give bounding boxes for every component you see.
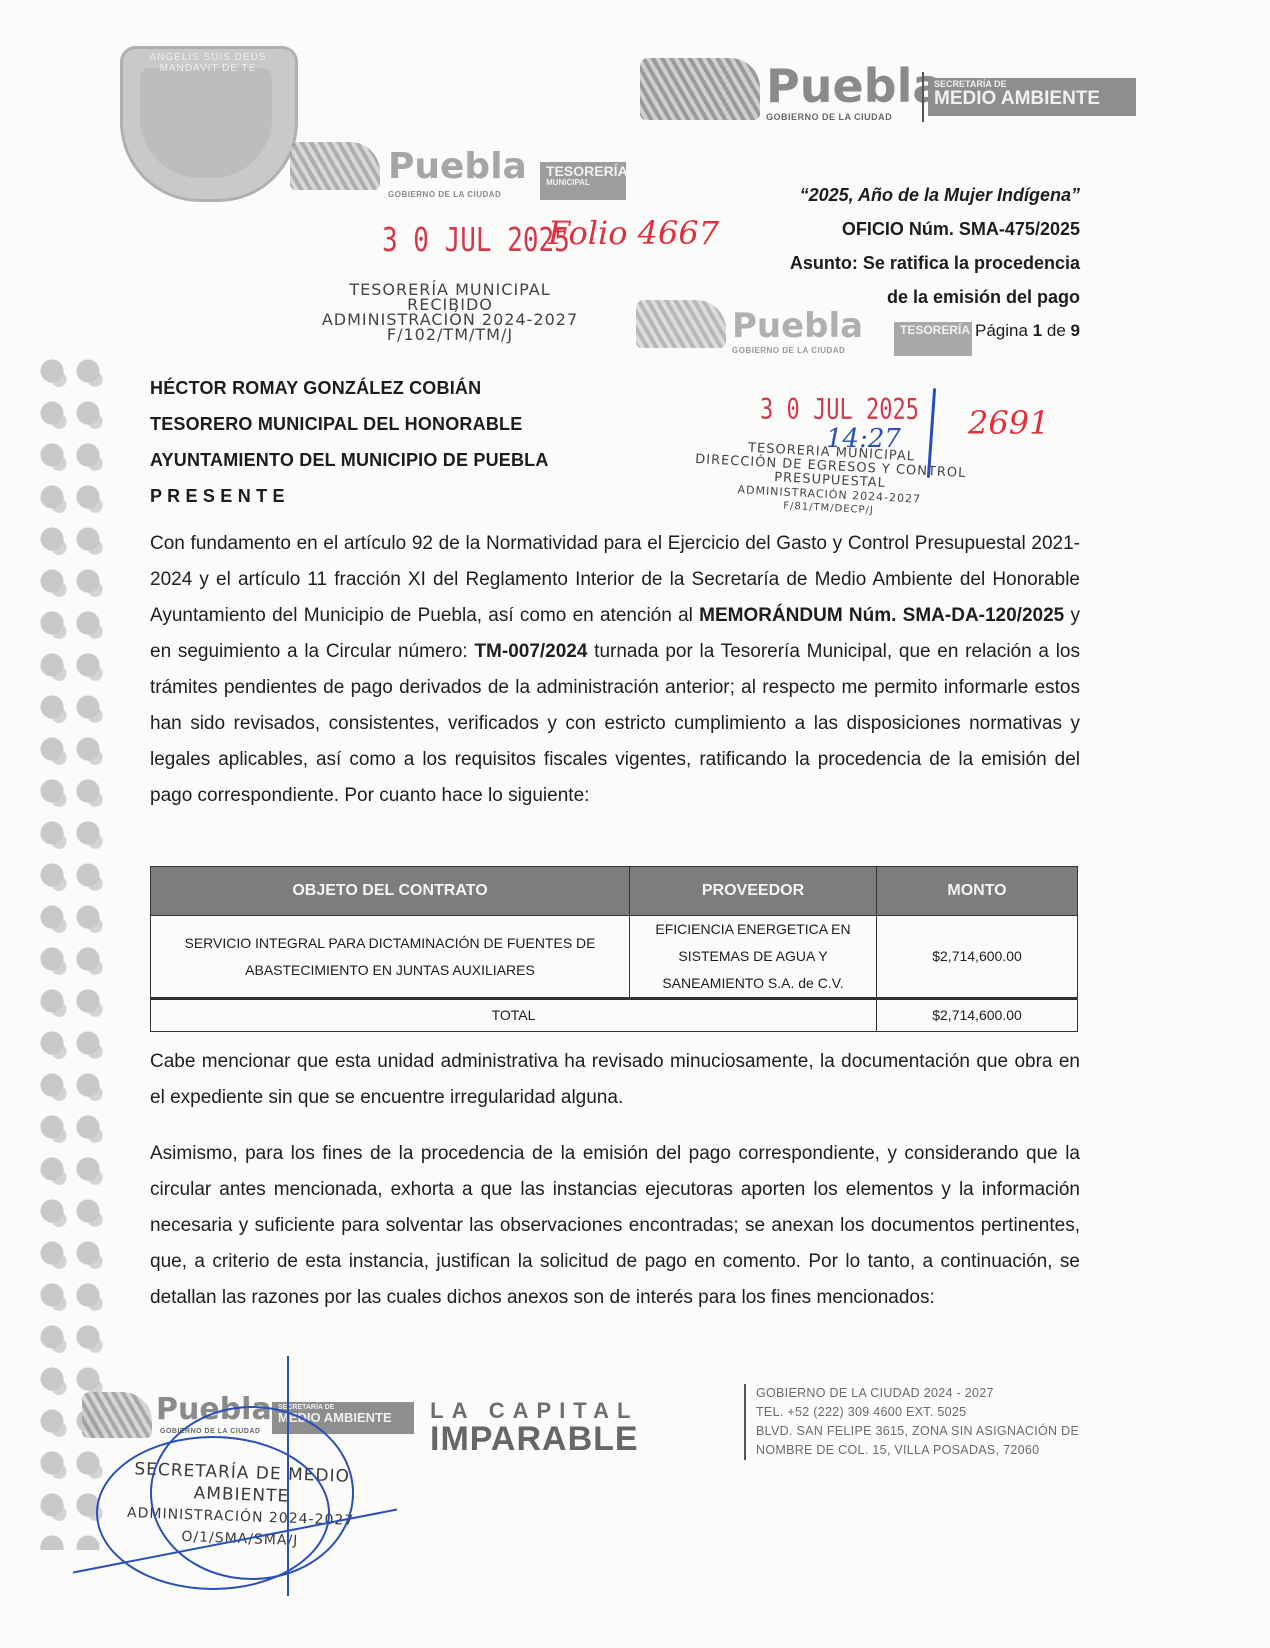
contact-line1: GOBIERNO DE LA CIUDAD 2024 - 2027 <box>756 1384 1079 1403</box>
circular-reference: TM-007/2024 <box>474 641 587 662</box>
registration-number-handwritten: 2691 <box>968 404 1049 442</box>
header-monto: MONTO <box>877 867 1078 916</box>
year-motto: “2025, Año de la Mujer Indígena” <box>790 178 1080 212</box>
tesoreria-logo-sub: MUNICIPAL <box>546 179 620 187</box>
page-total: 9 <box>1071 321 1080 340</box>
contact-address-line1: BLVD. SAN FELIPE 3615, ZONA SIN ASIGNACI… <box>756 1422 1079 1441</box>
footer-emblem-icon <box>82 1392 152 1438</box>
addressee-title1: TESORERO MUNICIPAL DEL HONORABLE <box>150 406 549 442</box>
logo-gov-line: GOBIERNO DE LA CIUDAD <box>766 112 892 122</box>
logo-puebla-text: Puebla <box>766 62 943 110</box>
received-date-stamp-1: 3 0 JUL 2025 <box>382 222 570 260</box>
logo-dept-box: SECRETARÍA DE MEDIO AMBIENTE <box>928 78 1136 116</box>
crest-motto: ANGELIS SUIS DEUS MANDAVIT DE TE <box>128 52 288 74</box>
paragraph-anexos: Asimismo, para los fines de la procedenc… <box>150 1136 1080 1316</box>
logo-divider <box>922 72 924 122</box>
table-header-row: OBJETO DEL CONTRATO PROVEEDOR MONTO <box>151 867 1078 916</box>
footer-contact: GOBIERNO DE LA CIUDAD 2024 - 2027 TEL. +… <box>744 1384 1079 1460</box>
slogan-bottom: IMPARABLE <box>430 1424 639 1454</box>
table-total-row: TOTAL $2,714,600.00 <box>151 999 1078 1032</box>
tesoreria-logo-city: Puebla <box>388 146 527 187</box>
paragraph-revision: Cabe mencionar que esta unidad administr… <box>150 1044 1080 1116</box>
cell-proveedor: EFICIENCIA ENERGETICA EN SISTEMAS DE AGU… <box>630 916 877 999</box>
tesoreria-logo-box-2: TESORERÍA <box>894 322 972 356</box>
addressee-title2: AYUNTAMIENTO DEL MUNICIPIO DE PUEBLA <box>150 442 549 478</box>
tesoreria-logo-city-2: Puebla <box>732 306 863 346</box>
asunto-line1: Asunto: Se ratifica la procedencia <box>790 246 1080 280</box>
slogan-logo: LA CAPITAL IMPARABLE <box>430 1398 639 1454</box>
tesoreria-emblem-icon-2 <box>636 300 726 348</box>
p1-part3: turnada por la Tesorería Municipal, que … <box>150 641 1080 806</box>
addressee-block: HÉCTOR ROMAY GONZÁLEZ COBIÁN TESORERO MU… <box>150 370 549 514</box>
logo-dept-main: MEDIO AMBIENTE <box>934 89 1130 109</box>
tesoreria-logo-main: TESORERÍA <box>546 164 620 179</box>
page-of: de <box>1047 321 1066 340</box>
addressee-name: HÉCTOR ROMAY GONZÁLEZ COBIÁN <box>150 370 549 406</box>
memo-reference: MEMORÁNDUM Núm. SMA-DA-120/2025 <box>699 605 1064 626</box>
signature-loop-2 <box>150 1406 354 1580</box>
cell-objeto: SERVICIO INTEGRAL PARA DICTAMINACIÓN DE … <box>151 916 630 999</box>
total-value: $2,714,600.00 <box>877 999 1078 1032</box>
puebla-emblem-icon <box>640 58 760 120</box>
tesoreria-logo-main-2: TESORERÍA <box>900 324 966 337</box>
contact-phone: TEL. +52 (222) 309 4600 EXT. 5025 <box>756 1403 1079 1422</box>
addressee-greeting: P R E S E N T E <box>150 478 549 514</box>
stamp1-line4: F/102/TM/TM/J <box>310 327 590 342</box>
decorative-pattern-band <box>34 350 104 1550</box>
paragraph-fundamento: Con fundamento en el artículo 92 de la N… <box>150 526 1080 814</box>
tesoreria-logo-box: TESORERÍA MUNICIPAL <box>540 162 626 200</box>
total-label: TOTAL <box>151 999 877 1032</box>
contract-table: OBJETO DEL CONTRATO PROVEEDOR MONTO SERV… <box>150 866 1078 1032</box>
cell-monto: $2,714,600.00 <box>877 916 1078 999</box>
contact-address-line2: NOMBRE DE COL. 15, VILLA POSADAS, 72060 <box>756 1441 1079 1460</box>
oficio-number: OFICIO Núm. SMA-475/2025 <box>790 212 1080 246</box>
folio-handwritten: Folio 4667 <box>548 214 719 252</box>
header-objeto: OBJETO DEL CONTRATO <box>151 867 630 916</box>
tesoreria-logo-gov-line-2: GOBIERNO DE LA CIUDAD <box>732 346 845 355</box>
tesoreria-received-stamp: TESORERÍA MUNICIPAL RECIBIDO ADMINISTRAC… <box>310 282 590 342</box>
signature-vertical-stroke <box>287 1356 289 1596</box>
tesoreria-emblem-icon <box>290 142 380 190</box>
tesoreria-logo-gov-line: GOBIERNO DE LA CIUDAD <box>388 190 501 199</box>
page-label: Página <box>975 321 1028 340</box>
table-row: SERVICIO INTEGRAL PARA DICTAMINACIÓN DE … <box>151 916 1078 999</box>
received-date-stamp-2: 3 0 JUL 2025 <box>760 394 919 427</box>
page-current: 1 <box>1033 321 1042 340</box>
header-proveedor: PROVEEDOR <box>630 867 877 916</box>
city-crest-inner <box>140 68 272 178</box>
egresos-received-stamp: TESORERIA MUNICIPAL DIRECCIÓN DE EGRESOS… <box>678 438 981 524</box>
